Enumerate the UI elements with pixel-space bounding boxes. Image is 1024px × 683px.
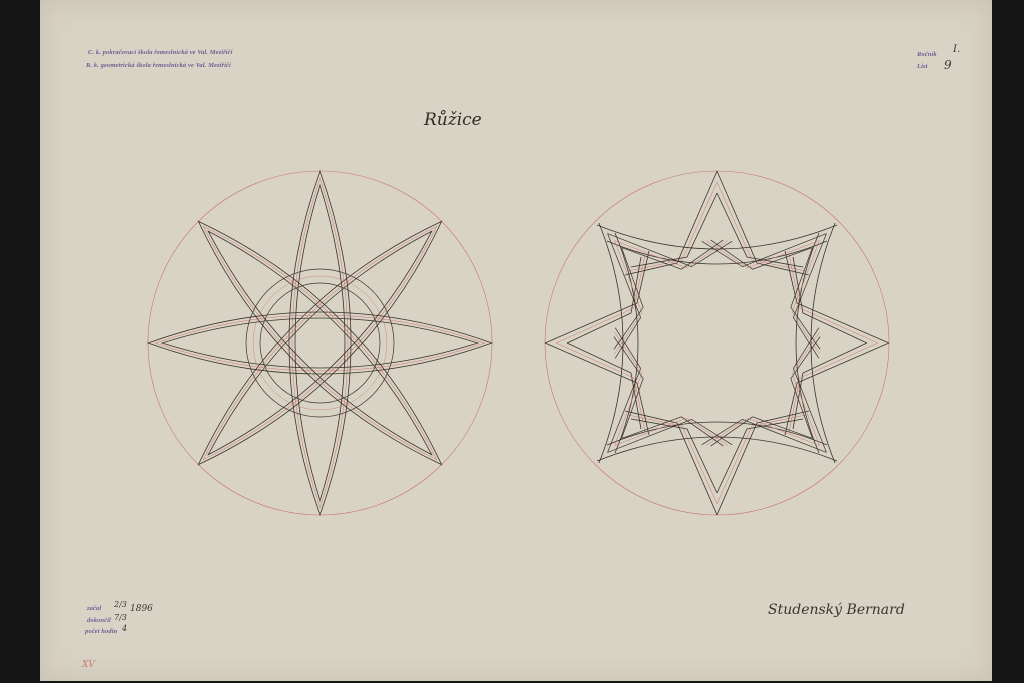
rosette-drawings — [0, 0, 1024, 683]
right-rosette — [498, 124, 936, 562]
left-rosette — [148, 171, 492, 515]
